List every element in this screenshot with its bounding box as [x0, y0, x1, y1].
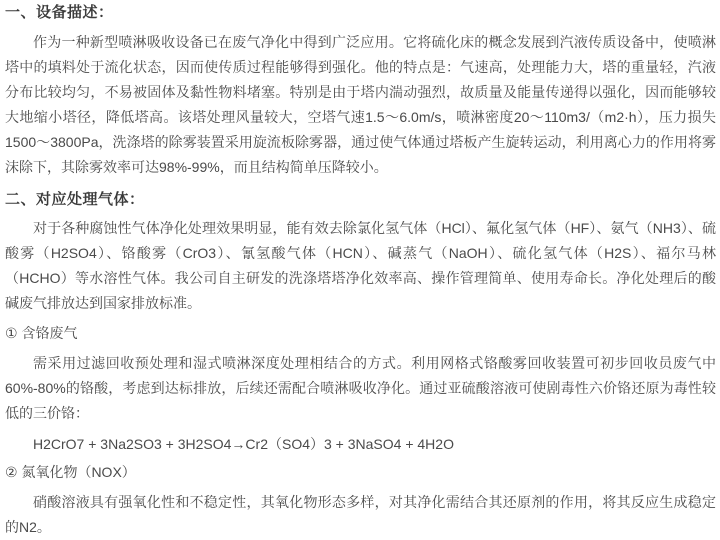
chemical-reaction-formula: H2CrO7 + 3Na2SO3 + 3H2SO4→Cr2（SO4）3 + 3N… — [5, 433, 716, 455]
subitem-2-label-nitrogen-oxides: ② 氮氧化物（NOX） — [5, 461, 716, 483]
section-1-paragraph: 作为一种新型喷淋吸收设备已在废气净化中得到广泛应用。它将硫化床的概念发展到汽液传… — [5, 30, 716, 180]
section-2-paragraph: 对于各种腐蚀性气体净化处理效果明显，能有效去除氯化氢气体（HCl）、氟化氢气体（… — [5, 216, 716, 316]
section-2-heading: 二、对应处理气体： — [5, 190, 716, 209]
subitem-2-paragraph: 硝酸溶液具有强氧化性和不稳定性，其氧化物形态多样，对其净化需结合其还原剂的作用，… — [5, 490, 716, 540]
subitem-1-paragraph: 需采用过滤回收预处理和湿式喷淋深度处理相结合的方式。利用网格式铬酸雾回收装置可初… — [5, 351, 716, 426]
document-body: 一、设备描述： 作为一种新型喷淋吸收设备已在废气净化中得到广泛应用。它将硫化床的… — [0, 3, 720, 540]
section-1-heading: 一、设备描述： — [5, 3, 716, 22]
subitem-1-label-chromium-waste-gas: ① 含铬废气 — [5, 322, 716, 344]
